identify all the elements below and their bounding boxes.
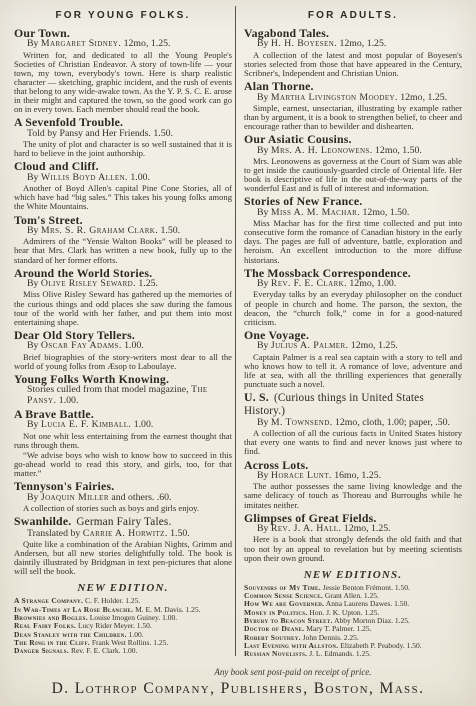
byline-prefix: By: [27, 492, 41, 503]
book-byline: By Willis Boyd Allen. 1.00.: [27, 173, 232, 183]
byline-prefix: Translated by: [27, 528, 83, 539]
byline-prefix: By: [27, 225, 41, 236]
catalog-page: FOR YOUNG FOLKS. Our Town. By Margaret S…: [0, 0, 476, 706]
book-title-note: (Curious things in United States History…: [244, 392, 424, 417]
byline-suffix: 12mo, cloth, 1.00; paper, .50.: [333, 417, 450, 428]
byline-suffix: 1.50.: [168, 528, 190, 539]
book-description: A collection of all the curious facts in…: [244, 429, 462, 456]
book-entry: Young Folks Worth Knowing. Stories culle…: [14, 373, 232, 406]
book-description: Brief biographies of the story-writers m…: [14, 353, 232, 371]
byline-suffix: 1.50.: [158, 225, 180, 236]
book-byline: By Margaret Sidney. 12mo, 1.25.: [27, 39, 232, 49]
byline-suffix: 12mo, 1.50.: [360, 207, 409, 218]
book-byline: By Lucia E. F. Kimball. 1.00.: [27, 420, 232, 430]
byline-author: Julius A. Palmer.: [271, 340, 349, 351]
byline-author: Martha Livingston Moodey.: [271, 92, 398, 103]
book-entry: Glimpses of Great Fields. By Rev. J. A. …: [244, 512, 462, 563]
byline-suffix: 1.00.: [128, 172, 150, 183]
book-entry: Around the World Stories. By Olive Risle…: [14, 267, 232, 327]
book-description: A collection of the latest and most popu…: [244, 51, 462, 78]
book-byline: By Olive Risley Seward. 1.25.: [27, 279, 232, 289]
book-description: A collection of stories such as boys and…: [14, 504, 232, 513]
byline-author: Carrie A. Horwitz.: [83, 528, 168, 539]
book-byline: Told by Pansy and Her Friends. 1.50.: [27, 129, 232, 139]
book-byline: By Julius A. Palmer. 12mo, 1.25.: [257, 341, 462, 351]
byline-prefix: By: [257, 340, 271, 351]
adults-header: FOR ADULTS.: [244, 10, 462, 21]
byline-author: Rev. J. A. Hall.: [271, 523, 341, 534]
byline-author: Olive Risley Seward.: [41, 278, 136, 289]
book-byline: By Rev. J. A. Hall. 12mo, 1.25.: [257, 524, 462, 534]
byline-author: M. Townsend.: [271, 417, 333, 428]
new-editions-list: Souvenirs of My Time. Jessie Benton Frém…: [244, 584, 462, 656]
column-divider: [235, 6, 236, 656]
new-edition-item: Russian Novelists. J. L. Edmands. 1.25.: [244, 650, 462, 656]
book-description: Not one whit less entertaining from the …: [14, 432, 232, 450]
byline-suffix: 12mo, 1.25.: [348, 340, 397, 351]
book-entry: Cloud and Cliff. By Willis Boyd Allen. 1…: [14, 160, 232, 211]
byline-author: Margaret Sidney.: [41, 38, 121, 49]
byline-suffix: 1.00.: [122, 340, 144, 351]
book-entry: Across Lots. By Horace Lunt. 16mo, 1.25.…: [244, 459, 462, 510]
new-edition-item-title: Children's Etiquette.: [14, 655, 89, 656]
byline-suffix: 12mo, 1.50.: [373, 145, 422, 156]
byline-prefix: By: [257, 38, 271, 49]
young-folks-header: FOR YOUNG FOLKS.: [14, 10, 232, 21]
book-entry: U. S.(Curious things in United States Hi…: [244, 391, 462, 457]
byline-author: Lucia E. F. Kimball.: [41, 419, 131, 430]
byline-author: Rev. F. E. Clark.: [271, 278, 347, 289]
byline-prefix: By: [257, 470, 271, 481]
byline-prefix: By: [27, 278, 41, 289]
byline-prefix: By: [257, 145, 271, 156]
byline-prefix: By: [27, 172, 41, 183]
book-byline: Stories culled from that model magazine,…: [27, 385, 232, 406]
byline-author: Mrs. A. H. Leonowens.: [271, 145, 373, 156]
book-byline: By Joaquin Miller and others. .60.: [27, 493, 232, 503]
book-description: Miss Machar has for the first time colle…: [244, 219, 462, 264]
byline-suffix: 12mo, 1.25.: [398, 92, 447, 103]
byline-prefix: By: [257, 207, 271, 218]
byline-author: Miss A. M. Machar.: [271, 207, 360, 218]
book-entry: Tom's Street. By Mrs. S. R. Graham Clark…: [14, 214, 232, 265]
byline-prefix: By: [257, 92, 271, 103]
byline-suffix: 12mo, 1.00.: [347, 278, 396, 289]
book-entry: Our Asiatic Cousins. By Mrs. A. H. Leono…: [244, 133, 462, 193]
book-description: Here is a book that strongly defends the…: [244, 535, 462, 562]
book-title-note: German Fairy Tales.: [76, 516, 171, 528]
book-byline: By Mrs. S. R. Graham Clark. 1.50.: [27, 226, 232, 236]
book-byline: By Miss A. M. Machar. 12mo, 1.50.: [257, 208, 462, 218]
new-edition-item-author-price: Shirley Dare. 1.00.: [91, 655, 148, 656]
byline-prefix: By: [27, 38, 41, 49]
book-entry: Dear Old Story Tellers. By Oscar Fay Ada…: [14, 329, 232, 371]
adults-column: FOR ADULTS. Vagabond Tales. By H. H. Boy…: [238, 8, 468, 656]
book-entry: Tennyson's Fairies. By Joaquin Miller an…: [14, 480, 232, 513]
book-entry: Alan Thorne. By Martha Livingston Moodey…: [244, 80, 462, 131]
byline-prefix: Told by Pansy and Her Friends. 1.50.: [27, 128, 173, 139]
byline-prefix: By: [257, 523, 271, 534]
book-byline: By H. H. Boyesen. 12mo, 1.25.: [257, 39, 462, 49]
book-description: The unity of plot and character is so we…: [14, 140, 232, 158]
book-description: Simple, earnest, unsectarian, illustrati…: [244, 104, 462, 131]
byline-author: Mrs. S. R. Graham Clark.: [41, 225, 158, 236]
book-entry: Our Town. By Margaret Sidney. 12mo, 1.25…: [14, 27, 232, 114]
book-entry: Swanhilde.German Fairy Tales. Translated…: [14, 515, 232, 576]
byline-prefix: By: [27, 340, 41, 351]
book-entry: The Mossback Correspondence. By Rev. F. …: [244, 267, 462, 327]
book-byline: By M. Townsend. 12mo, cloth, 1.00; paper…: [257, 418, 462, 428]
byline-suffix: 12mo, 1.25.: [121, 38, 170, 49]
catalog-columns: FOR YOUNG FOLKS. Our Town. By Margaret S…: [0, 0, 476, 656]
byline-suffix: and others. .60.: [109, 492, 172, 503]
book-description: Everyday talks by an everyday philosophe…: [244, 290, 462, 326]
byline-prefix: By: [257, 417, 271, 428]
book-description: Mrs. Leonowens as governess at the Court…: [244, 157, 462, 193]
byline-suffix: 12mo, 1.25.: [341, 523, 390, 534]
book-byline: Translated by Carrie A. Horwitz. 1.50.: [27, 529, 232, 539]
byline-author: Oscar Fay Adams.: [41, 340, 122, 351]
book-entry: A Sevenfold Trouble. Told by Pansy and H…: [14, 116, 232, 158]
new-edition-item-title: Russian Novelists.: [244, 649, 307, 656]
byline-suffix: 16mo, 1.25.: [332, 470, 381, 481]
book-description: Written for, and dedicated to all the Yo…: [14, 51, 232, 115]
book-description: Miss Olive Risley Seward has gathered up…: [14, 290, 232, 326]
book-title-text: Swanhilde.: [14, 514, 71, 528]
byline-prefix: Stories culled from that model magazine,: [27, 384, 191, 395]
new-edition-list: A Strange Company. C. F. Holder. 1.25. I…: [14, 597, 232, 656]
postpaid-note: Any book sent post-paid on receipt of pr…: [55, 667, 476, 677]
book-title-text: U. S.: [244, 390, 269, 404]
byline-author: Willis Boyd Allen.: [41, 172, 128, 183]
book-byline: By Mrs. A. H. Leonowens. 12mo, 1.50.: [257, 146, 462, 156]
new-edition-header: NEW EDITION.: [14, 582, 232, 594]
book-byline: By Oscar Fay Adams. 1.00.: [27, 341, 232, 351]
page-footer: Any book sent post-paid on receipt of pr…: [0, 667, 476, 698]
byline-prefix: By: [27, 419, 41, 430]
byline-suffix: 1.25.: [136, 278, 158, 289]
young-folks-column: FOR YOUNG FOLKS. Our Town. By Margaret S…: [8, 8, 238, 656]
book-description: The author possesses the same living kno…: [244, 482, 462, 509]
byline-author: Joaquin Miller: [41, 492, 109, 503]
byline-suffix: 1.00.: [56, 395, 78, 406]
publisher-imprint: D. Lothrop Company, Publishers, Boston, …: [0, 680, 476, 698]
adults-entries: Vagabond Tales. By H. H. Boyesen. 12mo, …: [244, 27, 462, 563]
book-entry: A Brave Battle. By Lucia E. F. Kimball. …: [14, 408, 232, 478]
book-byline: By Rev. F. E. Clark. 12mo, 1.00.: [257, 279, 462, 289]
byline-author: Horace Lunt.: [271, 470, 332, 481]
new-editions-header: NEW EDITIONS.: [244, 569, 462, 581]
book-entry: One Voyage. By Julius A. Palmer. 12mo, 1…: [244, 329, 462, 389]
byline-suffix: 12mo, 1.25.: [337, 38, 386, 49]
book-description-quote: “We advise boys who wish to know how to …: [14, 451, 232, 478]
book-byline: By Horace Lunt. 16mo, 1.25.: [257, 471, 462, 481]
byline-author: H. H. Boyesen.: [271, 38, 337, 49]
book-description: Quite like a combination of the Arabian …: [14, 540, 232, 576]
byline-prefix: By: [257, 278, 271, 289]
book-description: Admirers of the “Yensie Walton Books” wi…: [14, 237, 232, 264]
book-byline: By Martha Livingston Moodey. 12mo, 1.25.: [257, 93, 462, 103]
young-folks-entries: Our Town. By Margaret Sidney. 12mo, 1.25…: [14, 27, 232, 576]
book-description: Captain Palmer is a real sea captain wit…: [244, 353, 462, 389]
new-edition-item-author-price: J. L. Edmands. 1.25.: [309, 649, 371, 656]
book-entry: Stories of New France. By Miss A. M. Mac…: [244, 195, 462, 264]
book-description: Another of Boyd Allen's capital Pine Con…: [14, 184, 232, 211]
book-title: Swanhilde.German Fairy Tales.: [14, 515, 232, 528]
book-entry: Vagabond Tales. By H. H. Boyesen. 12mo, …: [244, 27, 462, 78]
byline-suffix: 1.00.: [131, 419, 153, 430]
book-title: U. S.(Curious things in United States Hi…: [244, 391, 462, 418]
